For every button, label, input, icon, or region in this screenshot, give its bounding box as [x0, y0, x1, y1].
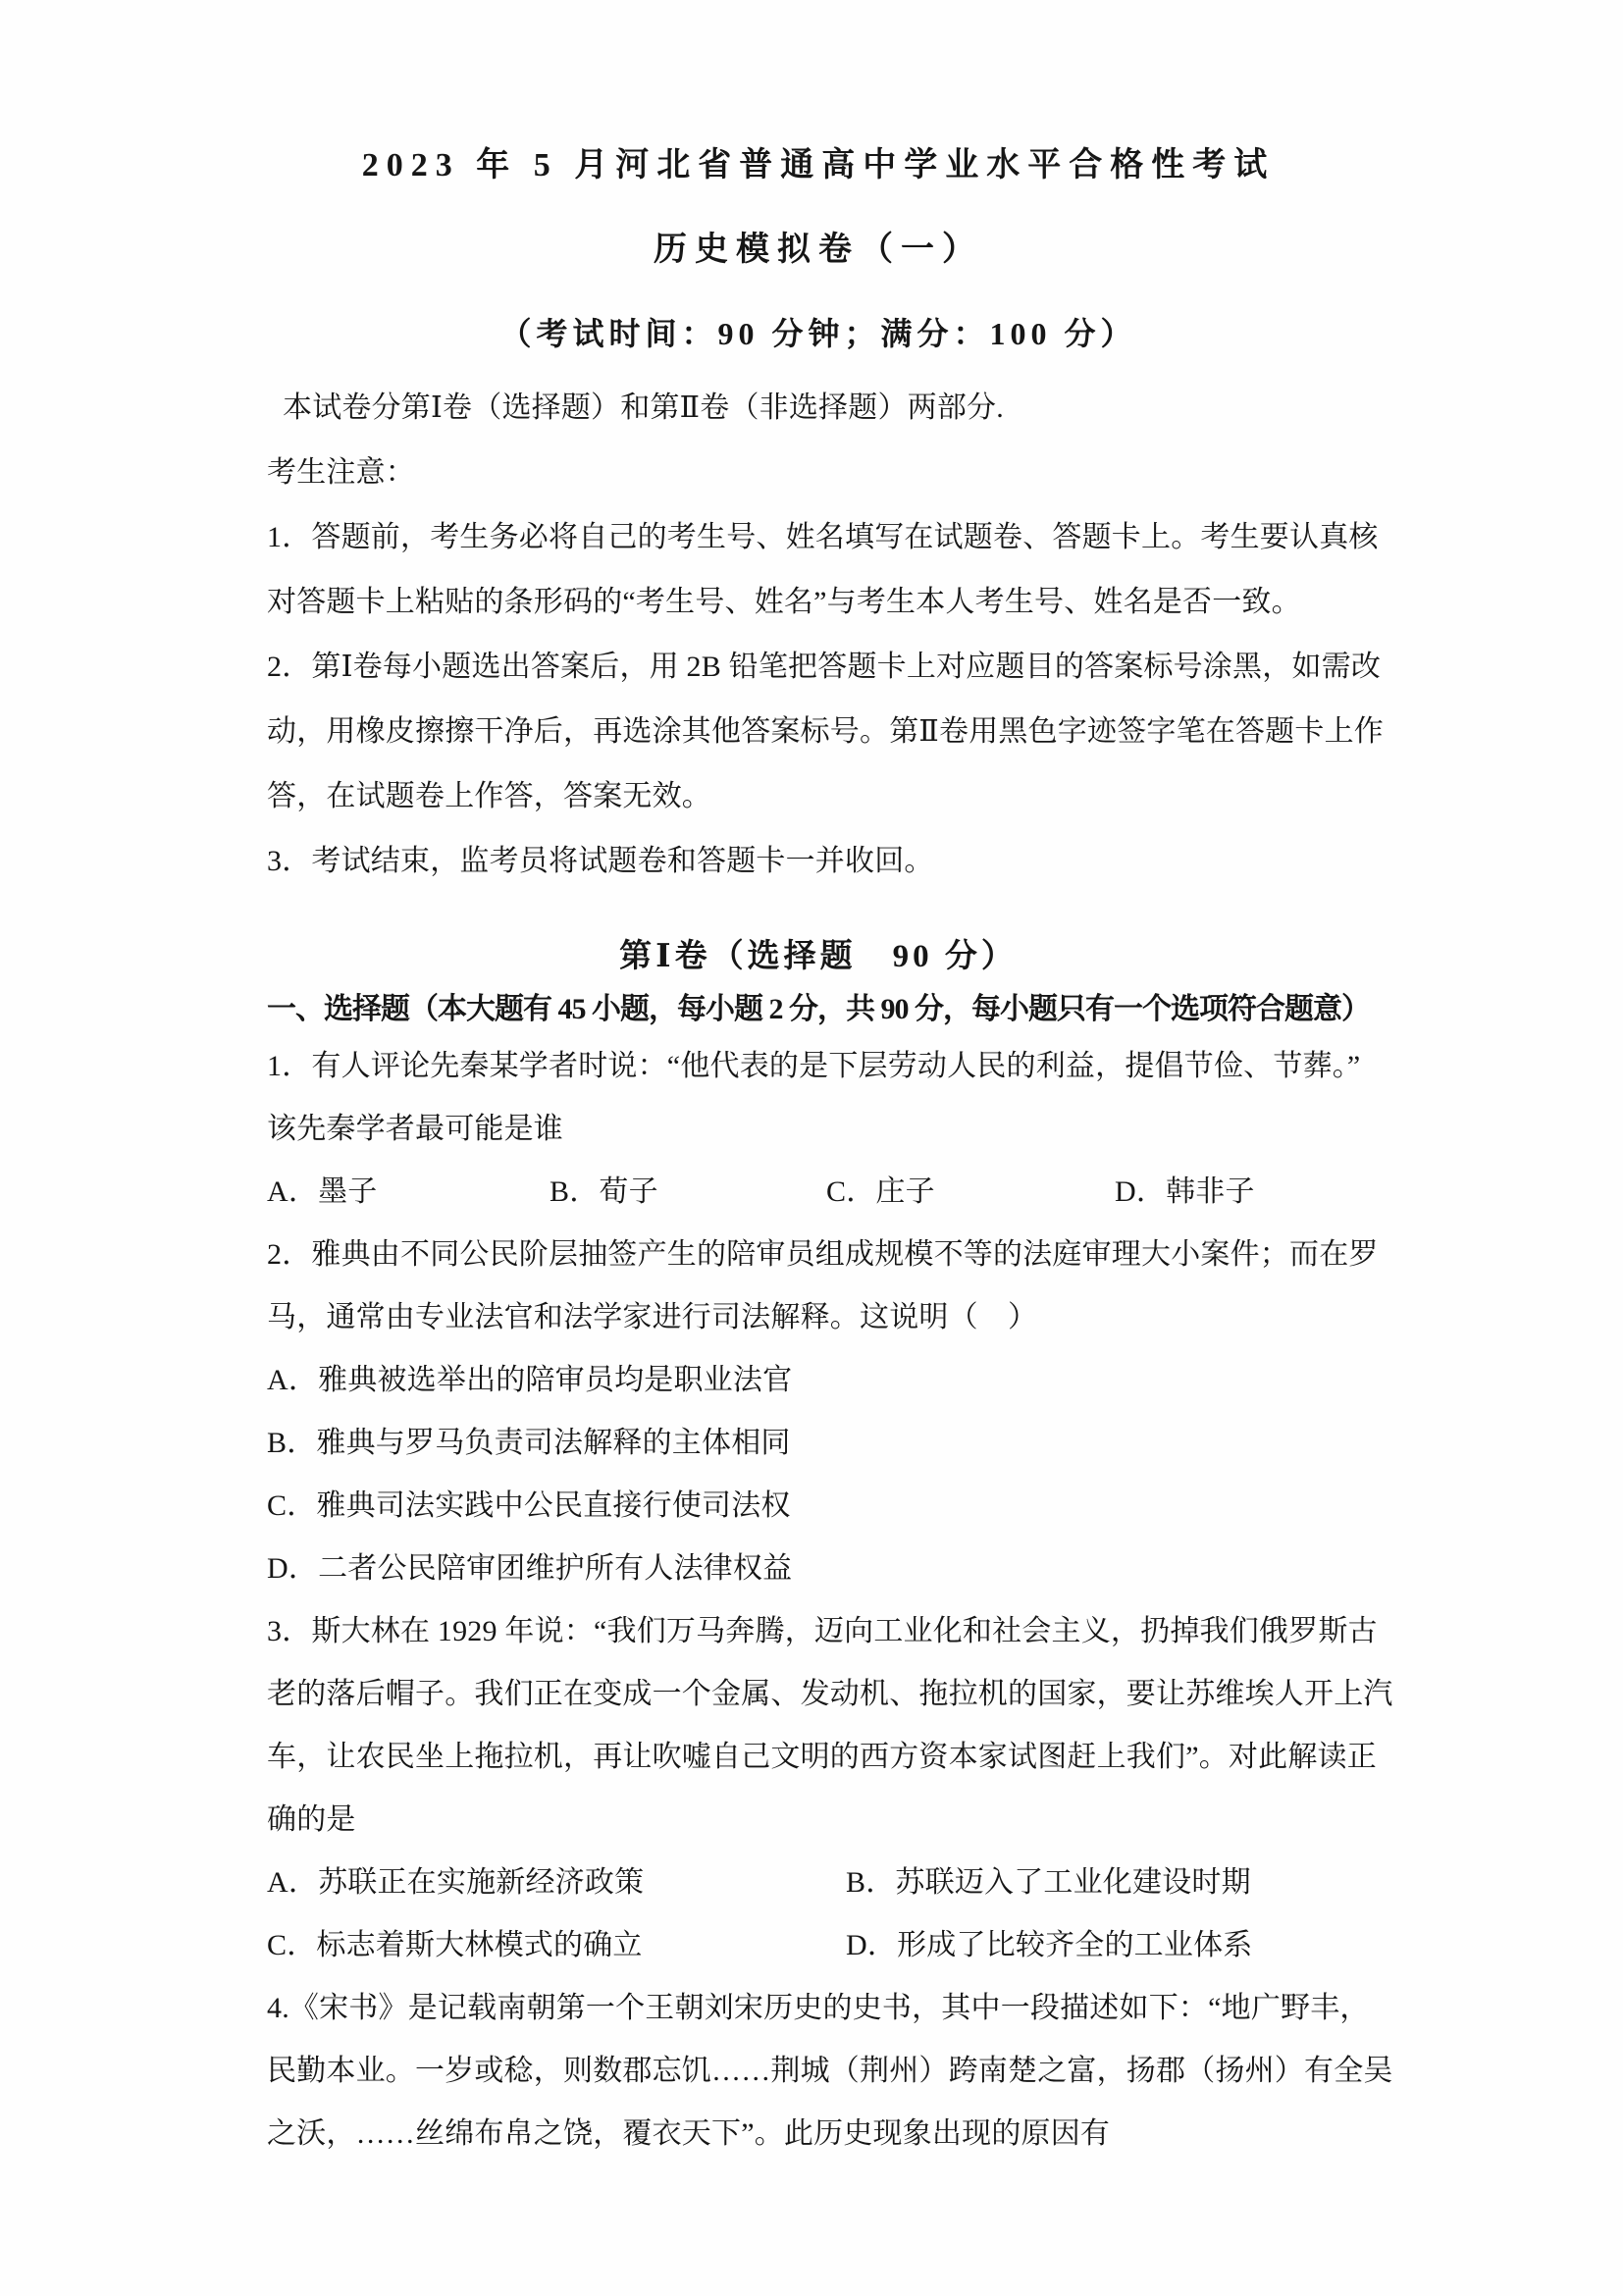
question-3-text-line-2: 老的落后帽子。我们正在变成一个金属、发动机、拖拉机的国家，要让苏维埃人开上汽 [267, 1663, 1370, 1726]
question-3-text-line-3: 车，让农民坐上拖拉机，再让吹嘘自己文明的西方资本家试图赶上我们”。对此解读正 [267, 1726, 1370, 1789]
question-2-option-c: C．雅典司法实践中公民直接行使司法权 [267, 1475, 1370, 1538]
question-1-text-line-2: 该先秦学者最可能是谁 [267, 1098, 1370, 1161]
question-4-text-line-1: 4.《宋书》是记载南朝第一个王朝刘宋历史的史书，其中一段描述如下：“地广野丰， [267, 1977, 1370, 2040]
exam-time-score-info: （考试时间：90 分钟；满分：100 分） [267, 292, 1370, 376]
paper-structure-note: 本试卷分第Ⅰ卷（选择题）和第Ⅱ卷（非选择题）两部分. [267, 376, 1370, 441]
paper-subject-title: 历史模拟卷（一） [267, 208, 1370, 292]
question-3-text-line-4: 确的是 [267, 1789, 1370, 1852]
question-3-option-d: D．形成了比较齐全的工业体系 [846, 1914, 1252, 1977]
question-2-option-d: D．二者公民陪审团维护所有人法律权益 [267, 1538, 1370, 1600]
notice-item-1-line-2: 对答题卡上粘贴的条形码的“考生号、姓名”与考生本人考生号、姓名是否一致。 [267, 570, 1370, 635]
section-1-instructions: 一、选择题（本大题有 45 小题，每小题 2 分，共 90 分，每小题只有一个选… [267, 984, 1370, 1035]
notice-item-2-line-3: 答，在试题卷上作答，答案无效。 [267, 764, 1370, 829]
notice-heading: 考生注意： [267, 441, 1370, 505]
section-1-heading: 第Ⅰ卷（选择题 90 分） [267, 929, 1370, 984]
question-3-option-c: C．标志着斯大林模式的确立 [267, 1914, 846, 1977]
exam-title: 2023 年 5 月河北省普通高中学业水平合格性考试 [267, 124, 1370, 208]
page-content: 2023 年 5 月河北省普通高中学业水平合格性考试 历史模拟卷（一） （考试时… [267, 124, 1370, 2166]
question-4-text-line-3: 之沃，……丝绵布帛之饶，覆衣天下”。此历史现象出现的原因有 [267, 2103, 1370, 2166]
question-2-text-line-1: 2．雅典由不同公民阶层抽签产生的陪审员组成规模不等的法庭审理大小案件；而在罗 [267, 1224, 1370, 1286]
question-1-options-row: A．墨子 B．荀子 C．庄子 D．韩非子 [267, 1161, 1370, 1224]
question-1-option-b: B．荀子 [550, 1161, 826, 1224]
exam-paper-page: 2023 年 5 月河北省普通高中学业水平合格性考试 历史模拟卷（一） （考试时… [0, 0, 1623, 2296]
notice-item-1-line-1: 1．答题前，考生务必将自己的考生号、姓名填写在试题卷、答题卡上。考生要认真核 [267, 505, 1370, 570]
question-1-option-a: A．墨子 [267, 1161, 550, 1224]
notice-item-2-line-1: 2．第Ⅰ卷每小题选出答案后，用 2B 铅笔把答题卡上对应题目的答案标号涂黑，如需… [267, 635, 1370, 700]
notice-item-3: 3．考试结束，监考员将试题卷和答题卡一并收回。 [267, 829, 1370, 894]
question-3-options-row-2: C．标志着斯大林模式的确立 D．形成了比较齐全的工业体系 [267, 1914, 1370, 1977]
question-3-option-b: B．苏联迈入了工业化建设时期 [846, 1852, 1251, 1914]
question-1-option-c: C．庄子 [826, 1161, 1115, 1224]
notice-item-2-line-2: 动，用橡皮擦擦干净后，再选涂其他答案标号。第Ⅱ卷用黑色字迹签字笔在答题卡上作 [267, 700, 1370, 764]
question-3-options-row-1: A．苏联正在实施新经济政策 B．苏联迈入了工业化建设时期 [267, 1852, 1370, 1914]
question-2-option-b: B．雅典与罗马负责司法解释的主体相同 [267, 1412, 1370, 1475]
question-2-text-line-2: 马，通常由专业法官和法学家进行司法解释。这说明（ ） [267, 1286, 1370, 1349]
question-1-text-line-1: 1．有人评论先秦某学者时说：“他代表的是下层劳动人民的利益，提倡节俭、节葬。” [267, 1035, 1370, 1098]
question-2-option-a: A．雅典被选举出的陪审员均是职业法官 [267, 1349, 1370, 1412]
question-1-option-d: D．韩非子 [1115, 1161, 1255, 1224]
question-3-option-a: A．苏联正在实施新经济政策 [267, 1852, 846, 1914]
question-3-text-line-1: 3．斯大林在 1929 年说：“我们万马奔腾，迈向工业化和社会主义，扔掉我们俄罗… [267, 1600, 1370, 1663]
question-4-text-line-2: 民勤本业。一岁或稔，则数郡忘饥……荆城（荆州）跨南楚之富，扬郡（扬州）有全吴 [267, 2040, 1370, 2103]
